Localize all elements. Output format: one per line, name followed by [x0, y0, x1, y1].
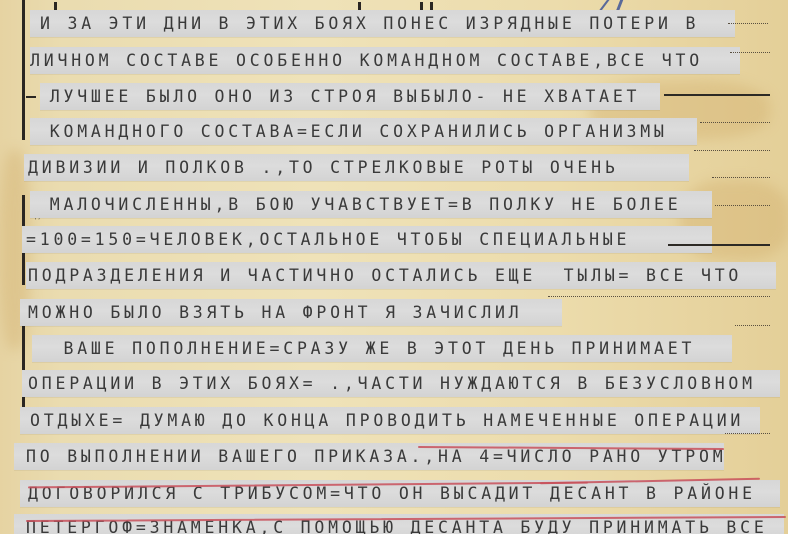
line-end-dotted — [715, 205, 770, 206]
telegram-line: =100=150=ЧЕЛОВЕК,ОСТАЛЬНОЕ ЧТОБЫ СПЕЦИАЛ… — [26, 230, 630, 250]
tape-strip: ПОДРАЗДЕЛЕНИЯ И ЧАСТИЧНО ОСТАЛИСЬ ЕЩЕ ТЫ… — [26, 262, 776, 289]
telegram-line: МОЖНО БЫЛО ВЗЯТЬ НА ФРОНТ Я ЗАЧИСЛИЛ — [28, 303, 522, 323]
line-end-dotted — [700, 122, 770, 123]
line-end-dotted — [548, 296, 770, 297]
telegram-line: ПО ВЫПОЛНЕНИИ ВАШЕГО ПРИКАЗА.,НА 4=ЧИСЛО… — [26, 447, 726, 467]
tape-strip: =100=150=ЧЕЛОВЕК,ОСТАЛЬНОЕ ЧТОБЫ СПЕЦИАЛ… — [22, 226, 712, 253]
tape-strip: ЛУЧШЕЕ БЫЛО ОНО ИЗ СТРОЯ ВЫБЫЛО- НЕ ХВАТ… — [40, 83, 660, 110]
telegram-line: ДИВИЗИИ И ПОЛКОВ .,ТО СТРЕЛКОВЫЕ РОТЫ ОЧ… — [28, 158, 619, 178]
tape-strip: МАЛОЧИСЛЕННЫ,В БОЮ УЧАВСТВУЕТ=В ПОЛКУ НЕ… — [30, 191, 712, 218]
line-end-dotted — [728, 23, 768, 24]
telegram-line: ЛИЧНОМ СОСТАВЕ ОСОБЕННО КОМАНДНОМ СОСТАВ… — [30, 51, 703, 71]
tape-strip: ЛИЧНОМ СОСТАВЕ ОСОБЕННО КОМАНДНОМ СОСТАВ… — [30, 47, 740, 74]
tape-strip: И ЗА ЭТИ ДНИ В ЭТИХ БОЯХ ПОНЕС ИЗРЯДНЫЕ … — [30, 10, 735, 37]
telegram-line: ВАШЕ ПОПОЛНЕНИЕ=СРАЗУ ЖЕ В ЭТОТ ДЕНЬ ПРИ… — [36, 339, 695, 359]
telegram-line: ОТДЫХЕ= ДУМАЮ ДО КОНЦА ПРОВОДИТЬ НАМЕЧЕН… — [30, 411, 744, 431]
tape-strip: КОМАНДНОГО СОСТАВА=ЕСЛИ СОХРАНИЛИСЬ ОРГА… — [30, 118, 697, 145]
line-end-dotted — [712, 177, 770, 178]
tape-strip: ВАШЕ ПОПОЛНЕНИЕ=СРАЗУ ЖЕ В ЭТОТ ДЕНЬ ПРИ… — [32, 335, 732, 362]
tape-strip: ОТДЫХЕ= ДУМАЮ ДО КОНЦА ПРОВОДИТЬ НАМЕЧЕН… — [20, 407, 760, 434]
telegram-line: МАЛОЧИСЛЕННЫ,В БОЮ УЧАВСТВУЕТ=В ПОЛКУ НЕ… — [36, 195, 682, 215]
line-end-dotted — [730, 52, 770, 53]
telegram-line: КОМАНДНОГО СОСТАВА=ЕСЛИ СОХРАНИЛИСЬ ОРГА… — [36, 122, 668, 142]
line-end-rule — [664, 94, 770, 96]
tape-strip: ДИВИЗИИ И ПОЛКОВ .,ТО СТРЕЛКОВЫЕ РОТЫ ОЧ… — [24, 154, 689, 181]
line-end-dotted — [694, 150, 770, 151]
telegram-line: ОПЕРАЦИИ В ЭТИХ БОЯХ= .,ЧАСТИ НУЖДАЮТСЯ … — [28, 374, 756, 394]
line-end-rule — [668, 244, 770, 246]
tape-strip: МОЖНО БЫЛО ВЗЯТЬ НА ФРОНТ Я ЗАЧИСЛИЛ — [20, 299, 562, 326]
line-end-dotted — [725, 433, 770, 434]
telegram-line: ЛУЧШЕЕ БЫЛО ОНО ИЗ СТРОЯ ВЫБЫЛО- НЕ ХВАТ… — [36, 87, 640, 107]
telegram-line: ПОДРАЗДЕЛЕНИЯ И ЧАСТИЧНО ОСТАЛИСЬ ЕЩЕ ТЫ… — [28, 266, 742, 286]
margin-tick — [26, 96, 36, 98]
line-end-dotted — [735, 325, 770, 326]
margin-rule — [22, 0, 25, 140]
telegram-line: И ЗА ЭТИ ДНИ В ЭТИХ БОЯХ ПОНЕС ИЗРЯДНЫЕ … — [40, 14, 699, 34]
tape-strip: ОПЕРАЦИИ В ЭТИХ БОЯХ= .,ЧАСТИ НУЖДАЮТСЯ … — [22, 370, 780, 397]
